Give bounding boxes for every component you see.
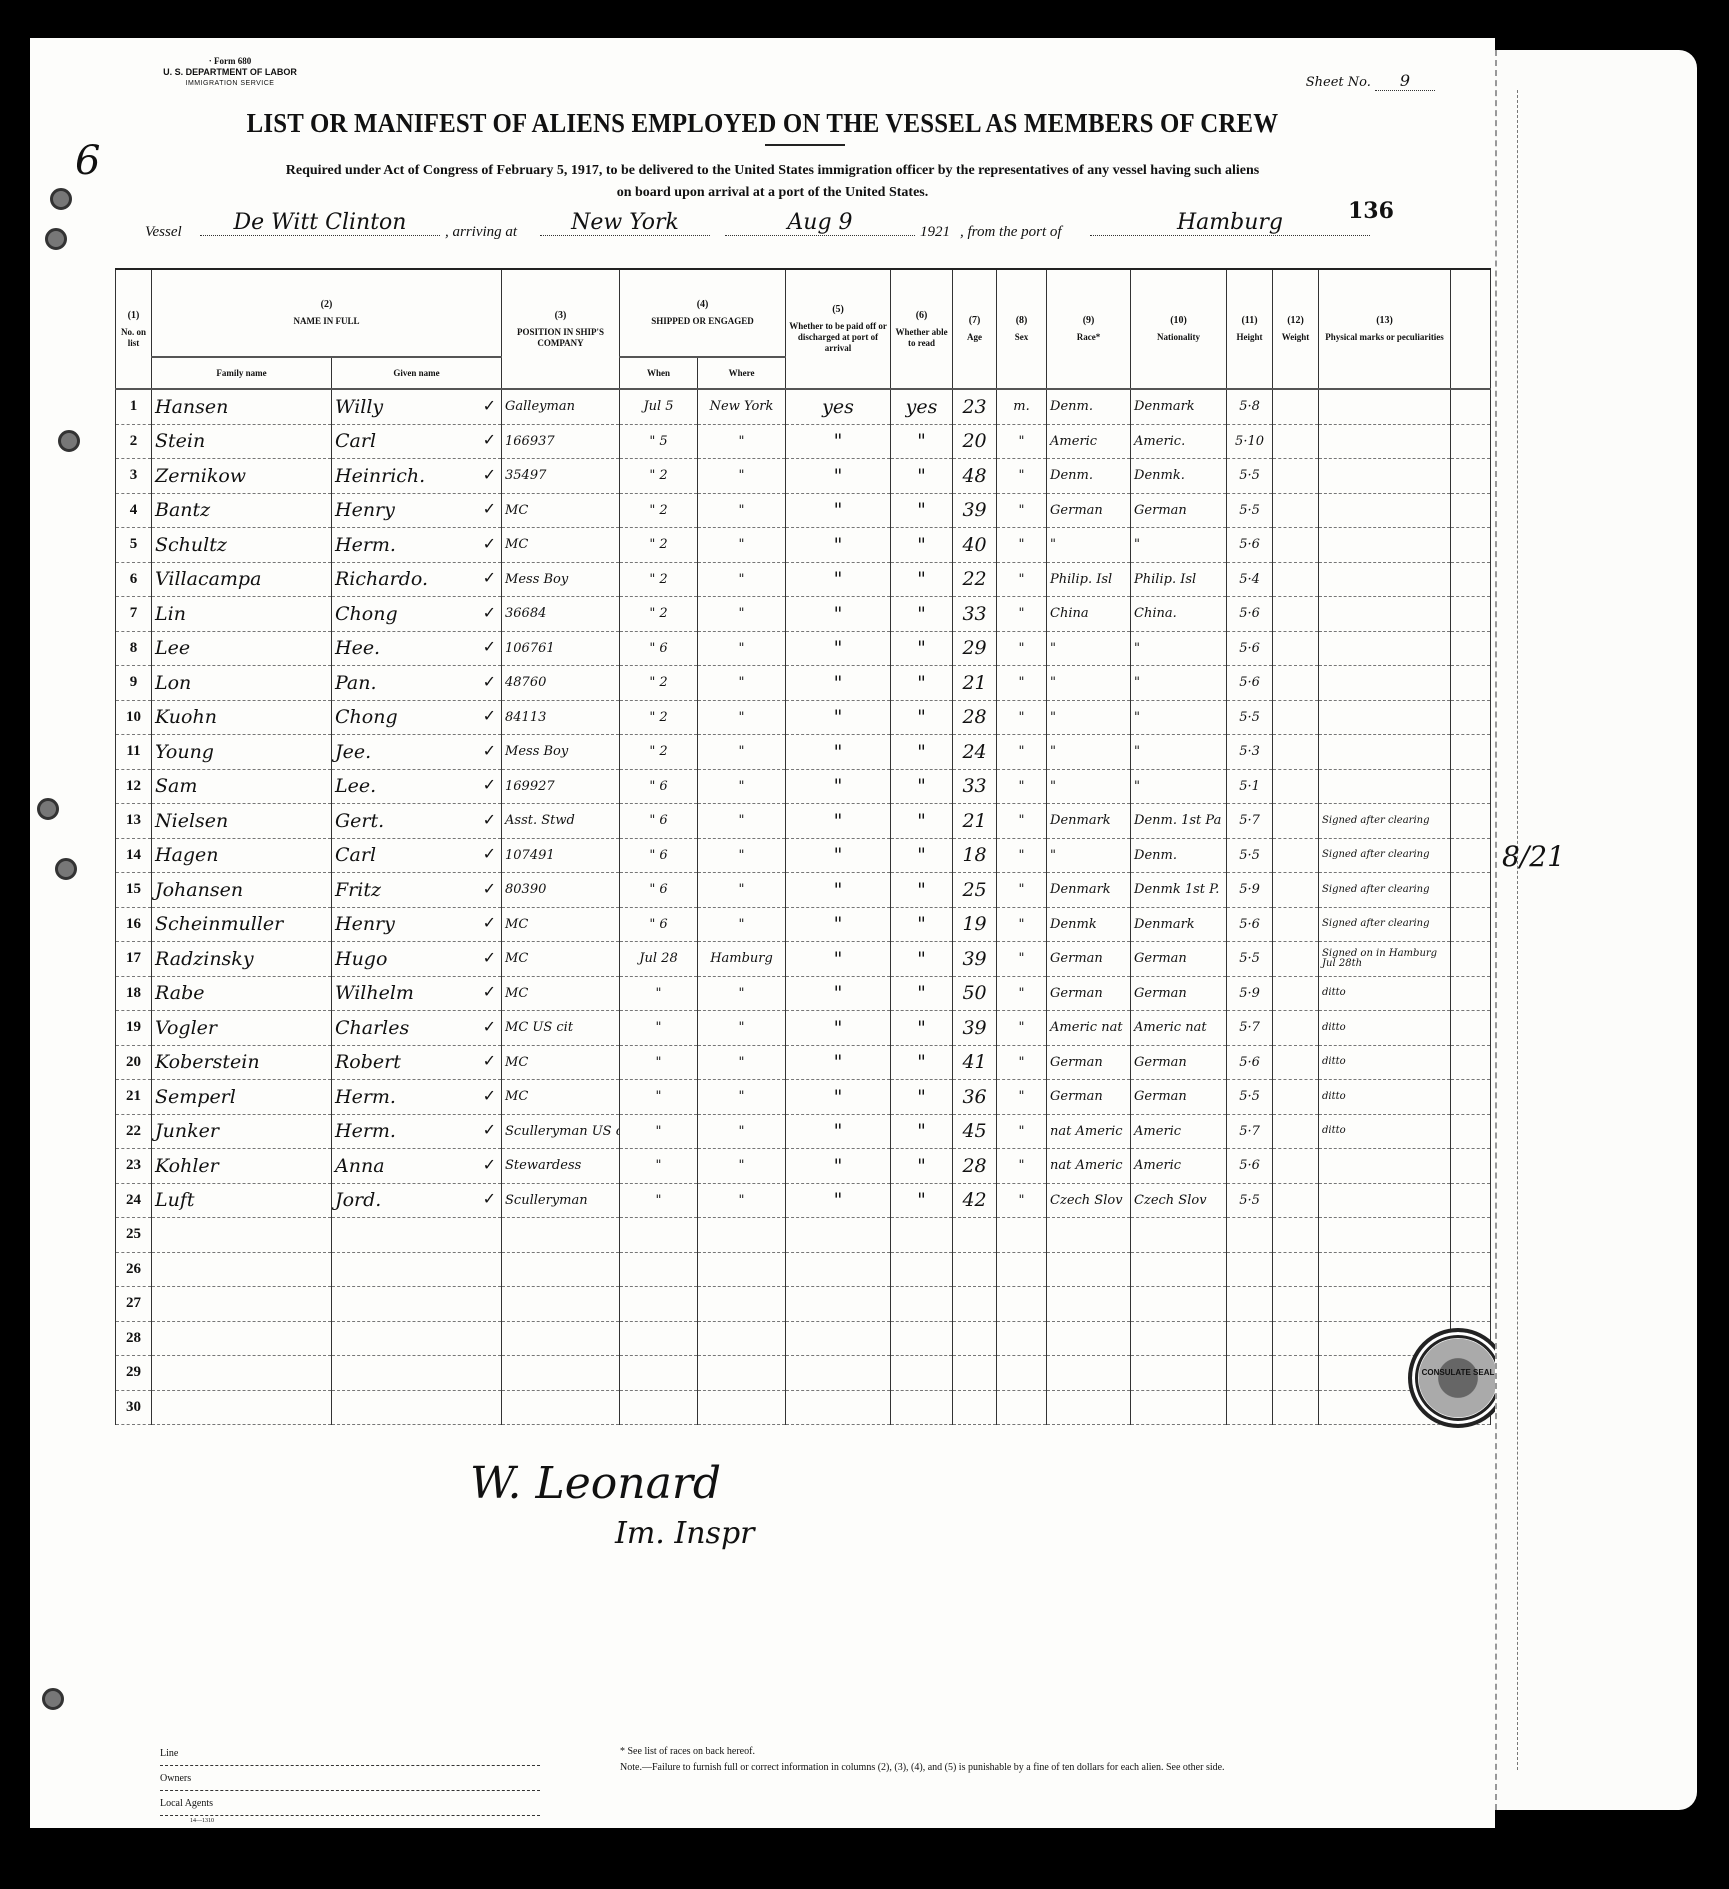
cell-family-name: Lin <box>152 597 332 632</box>
cell-shipped-where <box>698 1252 786 1287</box>
cell-position: Galleyman <box>502 389 620 424</box>
cell-age <box>953 1356 997 1391</box>
cell-height: 5·10 <box>1227 424 1273 459</box>
cell-able-to-read: " <box>891 976 953 1011</box>
vessel-name-field: De Witt Clinton <box>200 210 440 236</box>
given-name-text: Carl <box>335 430 376 452</box>
cell-weight <box>1273 1356 1319 1391</box>
header-sex: (8)Sex <box>997 269 1047 389</box>
cell-shipped-where: " <box>698 976 786 1011</box>
cell-weight <box>1273 562 1319 597</box>
cell-family-name: Semperl <box>152 1080 332 1115</box>
cell-nationality: German <box>1131 1080 1227 1115</box>
header-able-to-read: (6)Whether able to read <box>891 269 953 389</box>
cell-shipped-when: " 2 <box>620 700 698 735</box>
cell-spare <box>1451 1011 1491 1046</box>
cell-shipped-where: " <box>698 700 786 735</box>
legal-notice-line-1: Required under Act of Congress of Februa… <box>130 160 1415 182</box>
cell-spare <box>1451 562 1491 597</box>
punch-hole <box>50 188 72 210</box>
cell-paid-off: " <box>786 493 891 528</box>
cell-able-to-read <box>891 1356 953 1391</box>
cell-race: German <box>1047 976 1131 1011</box>
cell-row-number: 8 <box>116 631 152 666</box>
cell-able-to-read: " <box>891 804 953 839</box>
checkmark-icon: ✓ <box>483 1017 496 1036</box>
cell-row-number: 4 <box>116 493 152 528</box>
cell-given-name: Anna✓ <box>332 1149 502 1184</box>
cell-age: 19 <box>953 907 997 942</box>
cell-shipped-where: " <box>698 804 786 839</box>
cell-row-number: 14 <box>116 838 152 873</box>
cell-able-to-read <box>891 1287 953 1322</box>
given-name-text: Jee. <box>335 741 371 763</box>
manifest-page: 6 · Form 680 U. S. DEPARTMENT OF LABOR I… <box>30 38 1495 1828</box>
cell-family-name: Rabe <box>152 976 332 1011</box>
cell-race: " <box>1047 735 1131 770</box>
cell-race: Philip. Isl <box>1047 562 1131 597</box>
cell-paid-off: " <box>786 838 891 873</box>
punch-hole <box>55 858 77 880</box>
cell-given-name: Hee.✓ <box>332 631 502 666</box>
cell-race <box>1047 1321 1131 1356</box>
cell-race: German <box>1047 942 1131 977</box>
cell-age: 20 <box>953 424 997 459</box>
cell-sex: " <box>997 873 1047 908</box>
cell-race: Americ <box>1047 424 1131 459</box>
cell-given-name: Lee.✓ <box>332 769 502 804</box>
cell-shipped-when: " 2 <box>620 735 698 770</box>
cell-row-number: 16 <box>116 907 152 942</box>
checkmark-icon: ✓ <box>483 1120 496 1139</box>
cell-physical-marks <box>1319 735 1451 770</box>
cell-given-name: Richardo.✓ <box>332 562 502 597</box>
cell-race: Czech Slov <box>1047 1183 1131 1218</box>
cell-sex: " <box>997 1149 1047 1184</box>
cell-shipped-where: " <box>698 1114 786 1149</box>
punch-hole <box>58 430 80 452</box>
cell-shipped-when <box>620 1356 698 1391</box>
cell-position <box>502 1287 620 1322</box>
cell-height: 5·7 <box>1227 804 1273 839</box>
checkmark-icon: ✓ <box>483 1051 496 1070</box>
cell-nationality: " <box>1131 735 1227 770</box>
cell-row-number: 13 <box>116 804 152 839</box>
cell-shipped-where: New York <box>698 389 786 424</box>
seal-text: CONSULATE SEAL <box>1412 1368 1504 1377</box>
cell-row-number: 18 <box>116 976 152 1011</box>
cell-able-to-read: " <box>891 1080 953 1115</box>
cell-paid-off: " <box>786 1114 891 1149</box>
cell-sex: " <box>997 528 1047 563</box>
cell-nationality: Americ <box>1131 1114 1227 1149</box>
cell-race: nat Americ <box>1047 1114 1131 1149</box>
cell-height: 5·5 <box>1227 1080 1273 1115</box>
cell-position: 106761 <box>502 631 620 666</box>
cell-race <box>1047 1252 1131 1287</box>
cell-age: 39 <box>953 1011 997 1046</box>
year-field: 1921 <box>920 224 950 241</box>
cell-shipped-where: " <box>698 528 786 563</box>
given-name-text: Chong <box>335 603 398 625</box>
cell-able-to-read: " <box>891 838 953 873</box>
cell-race: Denmark <box>1047 873 1131 908</box>
cell-family-name: Bantz <box>152 493 332 528</box>
cell-weight <box>1273 493 1319 528</box>
table-row: 20KobersteinRobert✓MC""""41"GermanGerman… <box>116 1045 1491 1080</box>
cell-given-name: Chong✓ <box>332 597 502 632</box>
cell-position: Sculleryman <box>502 1183 620 1218</box>
cell-sex: " <box>997 1080 1047 1115</box>
cell-given-name: Willy✓ <box>332 389 502 424</box>
cell-nationality: Americ nat <box>1131 1011 1227 1046</box>
cell-paid-off <box>786 1252 891 1287</box>
cell-age: 21 <box>953 666 997 701</box>
page-edge-line <box>1517 90 1518 1770</box>
cell-row-number: 30 <box>116 1390 152 1425</box>
punch-hole <box>42 1688 64 1710</box>
cell-family-name: Luft <box>152 1183 332 1218</box>
cell-physical-marks <box>1319 493 1451 528</box>
form-number: · Form 680 <box>125 56 335 67</box>
cell-paid-off: " <box>786 769 891 804</box>
cell-paid-off: " <box>786 424 891 459</box>
owners-field: Owners <box>160 1768 540 1791</box>
print-code: 14—1310 <box>190 1818 540 1824</box>
cell-position: MC <box>502 1045 620 1080</box>
cell-given-name <box>332 1252 502 1287</box>
cell-shipped-when: " <box>620 1080 698 1115</box>
cell-sex: " <box>997 804 1047 839</box>
table-row: 3ZernikowHeinrich.✓35497" 2"""48"Denm.De… <box>116 459 1491 494</box>
cell-height: 5·6 <box>1227 597 1273 632</box>
given-name-text: Pan. <box>335 672 377 694</box>
cell-paid-off: " <box>786 700 891 735</box>
cell-weight <box>1273 459 1319 494</box>
cell-nationality <box>1131 1218 1227 1253</box>
from-port-label: , from the port of <box>960 224 1062 241</box>
cell-race: " <box>1047 838 1131 873</box>
cell-paid-off: " <box>786 942 891 977</box>
cell-age <box>953 1321 997 1356</box>
cell-paid-off: " <box>786 1011 891 1046</box>
cell-able-to-read: " <box>891 942 953 977</box>
cell-sex: " <box>997 976 1047 1011</box>
cell-row-number: 26 <box>116 1252 152 1287</box>
cell-age: 23 <box>953 389 997 424</box>
cell-row-number: 20 <box>116 1045 152 1080</box>
table-row: 30 <box>116 1390 1491 1425</box>
cell-position: 48760 <box>502 666 620 701</box>
checkmark-icon: ✓ <box>483 568 496 587</box>
cell-row-number: 27 <box>116 1287 152 1322</box>
cell-shipped-when: " 6 <box>620 769 698 804</box>
cell-paid-off: " <box>786 907 891 942</box>
cell-family-name <box>152 1287 332 1322</box>
cell-row-number: 15 <box>116 873 152 908</box>
given-name-text: Hugo <box>335 948 387 970</box>
table-row: 29 <box>116 1356 1491 1391</box>
checkmark-icon: ✓ <box>483 499 496 518</box>
cell-shipped-where <box>698 1321 786 1356</box>
cell-family-name: Kohler <box>152 1149 332 1184</box>
cell-height <box>1227 1218 1273 1253</box>
cell-family-name: Koberstein <box>152 1045 332 1080</box>
cell-height: 5·5 <box>1227 838 1273 873</box>
cell-position: Stewardess <box>502 1149 620 1184</box>
cell-height: 5·5 <box>1227 700 1273 735</box>
cell-physical-marks <box>1319 597 1451 632</box>
punch-hole <box>37 798 59 820</box>
checkmark-icon: ✓ <box>483 775 496 794</box>
cell-position: Mess Boy <box>502 562 620 597</box>
cell-spare <box>1451 597 1491 632</box>
cell-age: 48 <box>953 459 997 494</box>
footer-notes: * See list of races on back hereof. Note… <box>620 1744 1225 1776</box>
cell-age: 29 <box>953 631 997 666</box>
cell-physical-marks: Signed after clearing <box>1319 804 1451 839</box>
table-row: 25 <box>116 1218 1491 1253</box>
cell-paid-off: " <box>786 459 891 494</box>
cell-spare <box>1451 804 1491 839</box>
cell-shipped-when: Jul 5 <box>620 389 698 424</box>
cell-age: 33 <box>953 597 997 632</box>
cell-nationality: " <box>1131 700 1227 735</box>
cell-nationality: Denmark <box>1131 907 1227 942</box>
cell-spare <box>1451 528 1491 563</box>
cell-nationality: German <box>1131 942 1227 977</box>
cell-family-name: Young <box>152 735 332 770</box>
cell-position: MC <box>502 528 620 563</box>
cell-able-to-read: " <box>891 631 953 666</box>
table-row: 11YoungJee.✓Mess Boy" 2"""24"""5·3 <box>116 735 1491 770</box>
table-row: 13NielsenGert.✓Asst. Stwd" 6"""21"Denmar… <box>116 804 1491 839</box>
cell-shipped-where: " <box>698 459 786 494</box>
cell-row-number: 11 <box>116 735 152 770</box>
cell-nationality: Denmk. <box>1131 459 1227 494</box>
cell-position <box>502 1321 620 1356</box>
cell-shipped-where: " <box>698 873 786 908</box>
form-identifier: · Form 680 U. S. DEPARTMENT OF LABOR IMM… <box>125 56 335 89</box>
cell-nationality: Czech Slov <box>1131 1183 1227 1218</box>
given-name-text: Robert <box>335 1051 401 1073</box>
cell-family-name <box>152 1252 332 1287</box>
cell-age: 41 <box>953 1045 997 1080</box>
checkmark-icon: ✓ <box>483 982 496 1001</box>
cell-nationality: " <box>1131 666 1227 701</box>
cell-sex: " <box>997 1045 1047 1080</box>
cell-race <box>1047 1218 1131 1253</box>
cell-row-number: 22 <box>116 1114 152 1149</box>
cell-weight <box>1273 1080 1319 1115</box>
cell-race: China <box>1047 597 1131 632</box>
cell-able-to-read <box>891 1390 953 1425</box>
cell-shipped-where <box>698 1218 786 1253</box>
cell-given-name: Robert✓ <box>332 1045 502 1080</box>
cell-given-name: Jord.✓ <box>332 1183 502 1218</box>
cell-age: 39 <box>953 493 997 528</box>
header-nationality: (10)Nationality <box>1131 269 1227 389</box>
table-row: 6VillacampaRichardo.✓Mess Boy" 2"""22"Ph… <box>116 562 1491 597</box>
cell-spare <box>1451 631 1491 666</box>
checkmark-icon: ✓ <box>483 672 496 691</box>
cell-family-name <box>152 1218 332 1253</box>
cell-physical-marks <box>1319 666 1451 701</box>
cell-given-name: Hugo✓ <box>332 942 502 977</box>
cell-position: 107491 <box>502 838 620 873</box>
cell-sex: " <box>997 1183 1047 1218</box>
cell-shipped-where: " <box>698 562 786 597</box>
legal-notice: Required under Act of Congress of Februa… <box>130 160 1415 204</box>
header-race: (9)Race* <box>1047 269 1131 389</box>
cell-shipped-when <box>620 1218 698 1253</box>
given-name-text: Wilhelm <box>335 982 414 1004</box>
cell-sex: " <box>997 735 1047 770</box>
cell-paid-off <box>786 1390 891 1425</box>
cell-weight <box>1273 838 1319 873</box>
cell-row-number: 12 <box>116 769 152 804</box>
cell-given-name <box>332 1356 502 1391</box>
cell-given-name: Fritz✓ <box>332 873 502 908</box>
cell-row-number: 1 <box>116 389 152 424</box>
cell-physical-marks <box>1319 424 1451 459</box>
checkmark-icon: ✓ <box>483 810 496 829</box>
table-row: 7LinChong✓36684" 2"""33"ChinaChina.5·6 <box>116 597 1491 632</box>
cell-height <box>1227 1356 1273 1391</box>
cell-age: 28 <box>953 700 997 735</box>
cell-shipped-when <box>620 1252 698 1287</box>
given-name-text: Carl <box>335 844 376 866</box>
cell-weight <box>1273 597 1319 632</box>
cell-shipped-when: " <box>620 1114 698 1149</box>
cell-shipped-when: " 2 <box>620 597 698 632</box>
cell-family-name: Hagen <box>152 838 332 873</box>
table-row: 23KohlerAnna✓Stewardess""""28"nat Americ… <box>116 1149 1491 1184</box>
cell-height: 5·5 <box>1227 493 1273 528</box>
cell-able-to-read: " <box>891 1045 953 1080</box>
checkmark-icon: ✓ <box>483 948 496 967</box>
cell-shipped-where: " <box>698 631 786 666</box>
cell-physical-marks <box>1319 389 1451 424</box>
cell-spare <box>1451 976 1491 1011</box>
cell-row-number: 28 <box>116 1321 152 1356</box>
cell-able-to-read: " <box>891 769 953 804</box>
cell-spare <box>1451 1287 1491 1322</box>
cell-position: 35497 <box>502 459 620 494</box>
vessel-info: Vessel De Witt Clinton , arriving at New… <box>145 216 1395 246</box>
cell-shipped-when <box>620 1287 698 1322</box>
table-row: 4BantzHenry✓MC" 2"""39"GermanGerman5·5 <box>116 493 1491 528</box>
cell-family-name: Vogler <box>152 1011 332 1046</box>
cell-height: 5·8 <box>1227 389 1273 424</box>
cell-family-name: Hansen <box>152 389 332 424</box>
checkmark-icon: ✓ <box>483 465 496 484</box>
table-row: 24LuftJord.✓Sculleryman""""42"Czech Slov… <box>116 1183 1491 1218</box>
cell-row-number: 10 <box>116 700 152 735</box>
cell-nationality: German <box>1131 1045 1227 1080</box>
cell-spare <box>1451 1114 1491 1149</box>
cell-age: 42 <box>953 1183 997 1218</box>
checkmark-icon: ✓ <box>483 534 496 553</box>
cell-paid-off: " <box>786 597 891 632</box>
cell-sex: m. <box>997 389 1047 424</box>
given-name-text: Anna <box>335 1155 385 1177</box>
cell-height: 5·6 <box>1227 1149 1273 1184</box>
header-no-on-list: (1)No. on list <box>116 269 152 389</box>
cell-row-number: 25 <box>116 1218 152 1253</box>
cell-shipped-when: " 2 <box>620 493 698 528</box>
cell-shipped-when: " <box>620 1183 698 1218</box>
cell-paid-off: " <box>786 804 891 839</box>
cell-height: 5·5 <box>1227 942 1273 977</box>
cell-physical-marks <box>1319 1287 1451 1322</box>
cell-weight <box>1273 1011 1319 1046</box>
cell-weight <box>1273 976 1319 1011</box>
cell-physical-marks: Signed after clearing <box>1319 873 1451 908</box>
table-row: 26 <box>116 1252 1491 1287</box>
cell-row-number: 2 <box>116 424 152 459</box>
cell-sex: " <box>997 838 1047 873</box>
cell-shipped-where: " <box>698 1011 786 1046</box>
cell-sex <box>997 1390 1047 1425</box>
cell-spare <box>1451 1149 1491 1184</box>
cell-spare <box>1451 459 1491 494</box>
races-footnote: * See list of races on back hereof. <box>620 1744 1225 1760</box>
cell-weight <box>1273 1321 1319 1356</box>
cell-physical-marks <box>1319 631 1451 666</box>
penalty-note: Note.—Failure to furnish full or correct… <box>620 1760 1225 1776</box>
cell-position: 84113 <box>502 700 620 735</box>
cell-sex: " <box>997 666 1047 701</box>
cell-paid-off: " <box>786 562 891 597</box>
cell-physical-marks: ditto <box>1319 1011 1451 1046</box>
cell-weight <box>1273 735 1319 770</box>
inspector-signature: W. Leonard <box>470 1458 721 1509</box>
arriving-label: , arriving at <box>445 224 517 241</box>
cell-family-name <box>152 1321 332 1356</box>
cell-given-name: Carl✓ <box>332 838 502 873</box>
table-row: 2SteinCarl✓166937" 5"""20"AmericAmeric.5… <box>116 424 1491 459</box>
crew-manifest-table: (1)No. on list (2)NAME IN FULL (3)POSITI… <box>115 268 1491 1425</box>
cell-nationality <box>1131 1252 1227 1287</box>
cell-weight <box>1273 424 1319 459</box>
table-row: 17RadzinskyHugo✓MCJul 28Hamburg""39"Germ… <box>116 942 1491 977</box>
header-when: When <box>620 357 698 389</box>
cell-height <box>1227 1321 1273 1356</box>
cell-spare <box>1451 735 1491 770</box>
cell-race: Denmk <box>1047 907 1131 942</box>
header-family-name: Family name <box>152 357 332 389</box>
sheet-number-value: 9 <box>1375 71 1435 91</box>
cell-nationality: Denmark <box>1131 389 1227 424</box>
cell-family-name: Scheinmuller <box>152 907 332 942</box>
header-name-in-full: (2)NAME IN FULL <box>152 269 502 357</box>
cell-race: " <box>1047 700 1131 735</box>
line-field: Line <box>160 1743 540 1766</box>
cell-able-to-read <box>891 1252 953 1287</box>
cell-nationality: Denm. 1st Pa <box>1131 804 1227 839</box>
cell-height: 5·4 <box>1227 562 1273 597</box>
cell-family-name: Schultz <box>152 528 332 563</box>
cell-family-name: Junker <box>152 1114 332 1149</box>
cell-height: 5·6 <box>1227 907 1273 942</box>
cell-weight <box>1273 873 1319 908</box>
cell-given-name <box>332 1218 502 1253</box>
cell-spare <box>1451 700 1491 735</box>
cell-spare <box>1451 1218 1491 1253</box>
cell-shipped-where <box>698 1390 786 1425</box>
cell-able-to-read: " <box>891 562 953 597</box>
